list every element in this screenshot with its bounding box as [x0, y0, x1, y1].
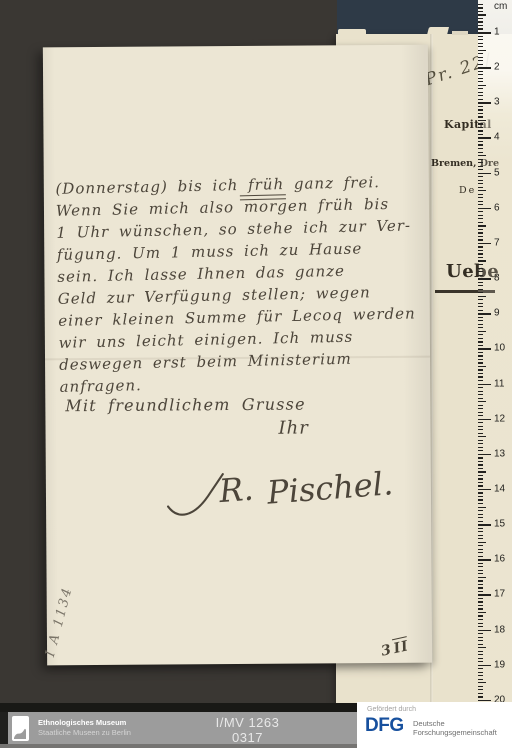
ruler-number: 12 — [494, 413, 505, 424]
ruler-tick — [478, 197, 483, 198]
ruler-number: 2 — [494, 61, 500, 72]
ruler-tick — [478, 116, 483, 117]
ruler-tick — [478, 359, 483, 360]
ruler-tick — [478, 215, 483, 216]
inventory-id: I/MV 1263 — [175, 715, 320, 730]
ruler-tick — [478, 211, 483, 212]
ruler-unit-label: cm — [494, 1, 507, 12]
ruler-tick — [478, 113, 483, 114]
ruler-tick — [478, 672, 483, 673]
ruler-tick — [478, 187, 483, 188]
pencil-margin-note: I A 1134 — [39, 569, 80, 674]
ruler-tick — [478, 485, 483, 486]
ruler-tick — [478, 141, 483, 142]
ruler-tick — [478, 489, 491, 491]
ruler-tick — [478, 633, 483, 634]
pencil-page-note-roman: II — [392, 636, 411, 657]
pencil-page-note-number: 3 — [380, 642, 394, 660]
ruler-tick — [478, 637, 483, 638]
ruler-number: 16 — [494, 554, 505, 565]
footer-left-sliver — [0, 712, 8, 748]
ruler-tick — [478, 559, 491, 561]
ruler-tick — [478, 362, 483, 363]
ruler-tick — [478, 440, 483, 441]
ruler-tick — [478, 102, 491, 104]
ruler-tick — [478, 391, 483, 392]
ruler-tick — [478, 408, 483, 409]
ruler-tick — [478, 285, 483, 286]
ruler-tick — [478, 310, 483, 311]
dfg-logo: DFG — [365, 715, 404, 737]
ruler-tick — [478, 482, 483, 483]
ruler-tick — [478, 373, 483, 374]
ruler-tick — [478, 303, 483, 304]
ruler-number: 17 — [494, 589, 505, 600]
ruler-tick — [478, 521, 483, 522]
ruler-tick — [478, 492, 483, 493]
ruler-tick — [478, 401, 486, 402]
ruler-tick — [478, 292, 483, 293]
ruler-tick — [478, 18, 483, 19]
ruler-tick — [478, 563, 483, 564]
ruler-tick — [478, 675, 483, 676]
ruler-tick — [478, 345, 483, 346]
ruler-tick — [478, 148, 483, 149]
ruler-tick — [478, 615, 483, 616]
ruler-tick — [478, 4, 483, 5]
ruler-tick — [478, 577, 486, 578]
ruler-tick — [478, 570, 483, 571]
ruler-tick — [478, 67, 491, 69]
ruler-tick — [478, 166, 483, 167]
ruler-tick — [478, 426, 483, 427]
pencil-page-note: 3II — [380, 638, 411, 660]
funder-box: Gefördert durch DFG Deutsche Forschungsg… — [357, 702, 512, 748]
ruler-number: 1 — [494, 26, 500, 37]
ruler-tick — [478, 155, 486, 156]
ruler-tick — [478, 422, 483, 423]
museum-logo-icon — [12, 716, 29, 741]
ruler-tick — [478, 696, 483, 697]
ruler-tick — [478, 464, 483, 465]
ruler-tick — [478, 81, 483, 82]
ruler-tick — [478, 88, 483, 89]
ruler-tick — [478, 380, 483, 381]
ruler-tick — [478, 341, 483, 342]
ruler-tick — [478, 366, 486, 367]
ruler-tick — [478, 686, 483, 687]
scan-page-number: 0317 — [175, 730, 320, 745]
ruler-tick — [478, 369, 483, 370]
ruler-tick — [478, 278, 491, 280]
paper-torn-tab — [338, 29, 366, 35]
ruler-tick — [478, 123, 483, 124]
paper-torn-tab — [452, 31, 468, 35]
ruler-tick — [478, 232, 483, 233]
ruler-tick — [478, 376, 483, 377]
ruler-tick — [478, 46, 483, 47]
ruler-tick — [478, 201, 483, 202]
ruler-tick — [478, 271, 483, 272]
ruler-tick — [478, 507, 486, 508]
scan-stage: Pr. 22/ Kapital Bremen, Dre De Uebe (Don… — [0, 0, 512, 748]
ruler-number: 5 — [494, 167, 500, 178]
ruler-tick — [478, 99, 483, 100]
ruler-tick — [478, 415, 483, 416]
ruler: cm 1234567891011121314151617181920 — [478, 0, 512, 704]
ruler-tick — [478, 429, 483, 430]
ruler-tick — [478, 405, 483, 406]
ruler-tick — [478, 260, 486, 261]
ruler-tick — [478, 503, 483, 504]
ruler-tick — [478, 654, 483, 655]
letter-body-text: (Donnerstag) bis ich früh ganz frei. Wen… — [55, 170, 432, 398]
ruler-tick — [478, 71, 483, 72]
ruler-tick — [478, 21, 483, 22]
ruler-tick — [478, 348, 491, 350]
ruler-tick — [478, 580, 483, 581]
ruler-tick — [478, 601, 483, 602]
ruler-tick — [478, 275, 483, 276]
ruler-tick — [478, 130, 483, 131]
ruler-tick — [478, 387, 483, 388]
ruler-number: 13 — [494, 448, 505, 459]
ruler-tick — [478, 693, 483, 694]
ruler-tick — [478, 436, 486, 437]
ruler-tick — [478, 566, 483, 567]
ruler-tick — [478, 85, 486, 86]
ruler-tick — [478, 127, 483, 128]
ruler-tick — [478, 313, 491, 315]
ruler-tick — [478, 320, 483, 321]
ruler-tick — [478, 394, 483, 395]
ruler-tick — [478, 264, 483, 265]
ruler-tick — [478, 584, 483, 585]
ruler-tick — [478, 619, 483, 620]
ruler-tick — [478, 419, 491, 421]
ruler-tick — [478, 644, 483, 645]
ruler-number: 9 — [494, 307, 500, 318]
ruler-number: 10 — [494, 343, 505, 354]
ruler-tick — [478, 32, 491, 34]
ruler-tick — [478, 152, 483, 153]
ruler-tick — [478, 14, 486, 15]
ruler-tick — [478, 545, 483, 546]
ruler-tick — [478, 384, 491, 386]
ruler-tick — [478, 253, 483, 254]
ruler-tick — [478, 208, 491, 210]
ruler-tick — [478, 528, 483, 529]
ruler-tick — [478, 11, 483, 12]
funding-label: Gefördert durch — [367, 706, 416, 713]
footer-bar: Ethnologisches Museum Staatliche Museen … — [0, 712, 512, 748]
ruler-tick — [478, 542, 486, 543]
ruler-tick — [478, 475, 483, 476]
ruler-tick — [478, 517, 483, 518]
ruler-tick — [478, 538, 483, 539]
ruler-tick — [478, 535, 483, 536]
ruler-tick — [478, 665, 491, 667]
ruler-tick — [478, 398, 483, 399]
ruler-tick — [478, 218, 483, 219]
ruler-tick — [478, 331, 486, 332]
ruler-tick — [478, 306, 483, 307]
museum-name: Ethnologisches Museum — [38, 718, 131, 728]
funder-name-line2: Forschungsgemeinschaft — [413, 728, 497, 737]
ruler-tick — [478, 591, 483, 592]
ruler-tick — [478, 457, 483, 458]
ruler-tick — [478, 317, 483, 318]
ruler-tick — [478, 598, 483, 599]
ruler-tick — [478, 531, 483, 532]
ruler-tick — [478, 109, 483, 110]
ruler-tick — [478, 250, 483, 251]
letter-valediction: Ihr — [278, 418, 308, 439]
ruler-number: 7 — [494, 237, 500, 248]
ruler-tick — [478, 194, 483, 195]
ruler-tick — [478, 60, 483, 61]
ruler-tick — [478, 144, 483, 145]
ruler-tick — [478, 640, 483, 641]
ruler-tick — [478, 612, 486, 613]
ruler-tick — [478, 447, 483, 448]
ruler-tick — [478, 605, 483, 606]
ruler-tick — [478, 478, 483, 479]
ruler-number: 18 — [494, 624, 505, 635]
ruler-tick — [478, 679, 483, 680]
ruler-tick — [478, 651, 483, 652]
signature: R. Pischel. — [164, 441, 445, 533]
ruler-number: 4 — [494, 132, 500, 143]
ruler-tick — [478, 64, 483, 65]
ruler-tick — [478, 658, 483, 659]
museum-text: Ethnologisches Museum Staatliche Museen … — [38, 718, 131, 737]
ruler-tick — [478, 74, 483, 75]
ruler-tick — [478, 510, 483, 511]
ruler-tick — [478, 25, 483, 26]
ruler-tick — [478, 556, 483, 557]
ruler-tick — [478, 668, 483, 669]
ruler-tick — [478, 137, 491, 139]
ruler-tick — [478, 78, 483, 79]
ruler-tick — [478, 229, 483, 230]
signature-flourish — [168, 474, 223, 515]
ruler-tick — [478, 471, 486, 472]
ruler-tick — [478, 282, 483, 283]
ruler-tick — [478, 689, 483, 690]
funder-name: Deutsche Forschungsgemeinschaft — [413, 719, 497, 737]
ruler-tick — [478, 549, 483, 550]
letter-page: (Donnerstag) bis ich früh ganz frei. Wen… — [43, 45, 432, 666]
ruler-tick — [478, 573, 483, 574]
ruler-number: 11 — [494, 378, 504, 389]
ruler-tick — [478, 334, 483, 335]
museum-subtitle: Staatliche Museen zu Berlin — [38, 728, 131, 738]
ruler-tick — [478, 236, 483, 237]
ruler-tick — [478, 92, 483, 93]
ruler-number: 3 — [494, 97, 500, 108]
ruler-tick — [478, 53, 483, 54]
ruler-tick — [478, 647, 486, 648]
ruler-tick — [478, 468, 483, 469]
signature-initial: R. — [217, 470, 255, 511]
ruler-tick — [478, 39, 483, 40]
ruler-tick — [478, 183, 483, 184]
ruler-tick — [478, 204, 483, 205]
funder-name-line1: Deutsche — [413, 719, 497, 728]
ruler-tick — [478, 243, 491, 245]
back-page-fragment-de: De — [459, 185, 476, 196]
ruler-tick — [478, 239, 483, 240]
ruler-number: 8 — [494, 272, 500, 283]
ruler-tick — [478, 496, 483, 497]
ruler-tick — [478, 190, 486, 191]
ruler-tick — [478, 36, 483, 37]
ruler-tick — [478, 630, 491, 632]
ruler-tick — [478, 623, 483, 624]
ruler-tick — [478, 552, 483, 553]
ruler-tick — [478, 324, 483, 325]
ruler-tick — [478, 352, 483, 353]
ruler-tick — [478, 169, 483, 170]
ruler-tick — [478, 433, 483, 434]
ruler-tick — [478, 355, 483, 356]
ruler-number: 6 — [494, 202, 500, 213]
ruler-tick — [478, 587, 483, 588]
ruler-tick — [478, 289, 483, 290]
ruler-tick — [478, 7, 483, 8]
ruler-tick — [478, 43, 483, 44]
ruler-tick — [478, 461, 483, 462]
ruler-number: 14 — [494, 483, 505, 494]
ruler-tick — [478, 608, 483, 609]
ruler-tick — [478, 180, 483, 181]
ruler-tick — [478, 95, 483, 96]
ruler-tick — [478, 268, 483, 269]
ruler-tick — [478, 159, 483, 160]
ruler-tick — [478, 173, 491, 175]
ruler-tick — [478, 524, 491, 526]
ruler-tick — [478, 257, 483, 258]
ruler-tick — [478, 450, 483, 451]
ruler-tick — [478, 412, 483, 413]
ruler-tick — [478, 106, 483, 107]
ruler-number: 19 — [494, 659, 505, 670]
ruler-tick — [478, 499, 483, 500]
inventory-id-block: I/MV 1263 0317 — [175, 715, 320, 745]
ruler-tick — [478, 246, 483, 247]
ruler-tick — [478, 296, 486, 297]
ruler-tick — [478, 28, 483, 29]
ruler-tick — [478, 327, 483, 328]
ruler-tick — [478, 176, 483, 177]
ruler-tick — [478, 338, 483, 339]
ruler-tick — [478, 454, 491, 456]
ruler-tick — [478, 57, 483, 58]
ruler-tick — [478, 682, 486, 683]
ruler-number: 15 — [494, 518, 505, 529]
ruler-tick — [478, 514, 483, 515]
signature-name: Pischel. — [265, 464, 395, 512]
ruler-tick — [478, 594, 491, 596]
letter-closing: Mit freundlichem Grusse — [65, 395, 305, 416]
ruler-tick — [478, 50, 486, 51]
ruler-tick — [478, 162, 483, 163]
museum-logo — [12, 716, 29, 741]
ruler-tick — [478, 661, 483, 662]
ruler-tick — [478, 134, 483, 135]
ruler-tick — [478, 225, 486, 226]
ruler-tick — [478, 120, 486, 121]
ruler-tick — [478, 626, 483, 627]
ruler-tick — [478, 222, 483, 223]
ruler-tick — [478, 299, 483, 300]
ruler-tick — [478, 443, 483, 444]
